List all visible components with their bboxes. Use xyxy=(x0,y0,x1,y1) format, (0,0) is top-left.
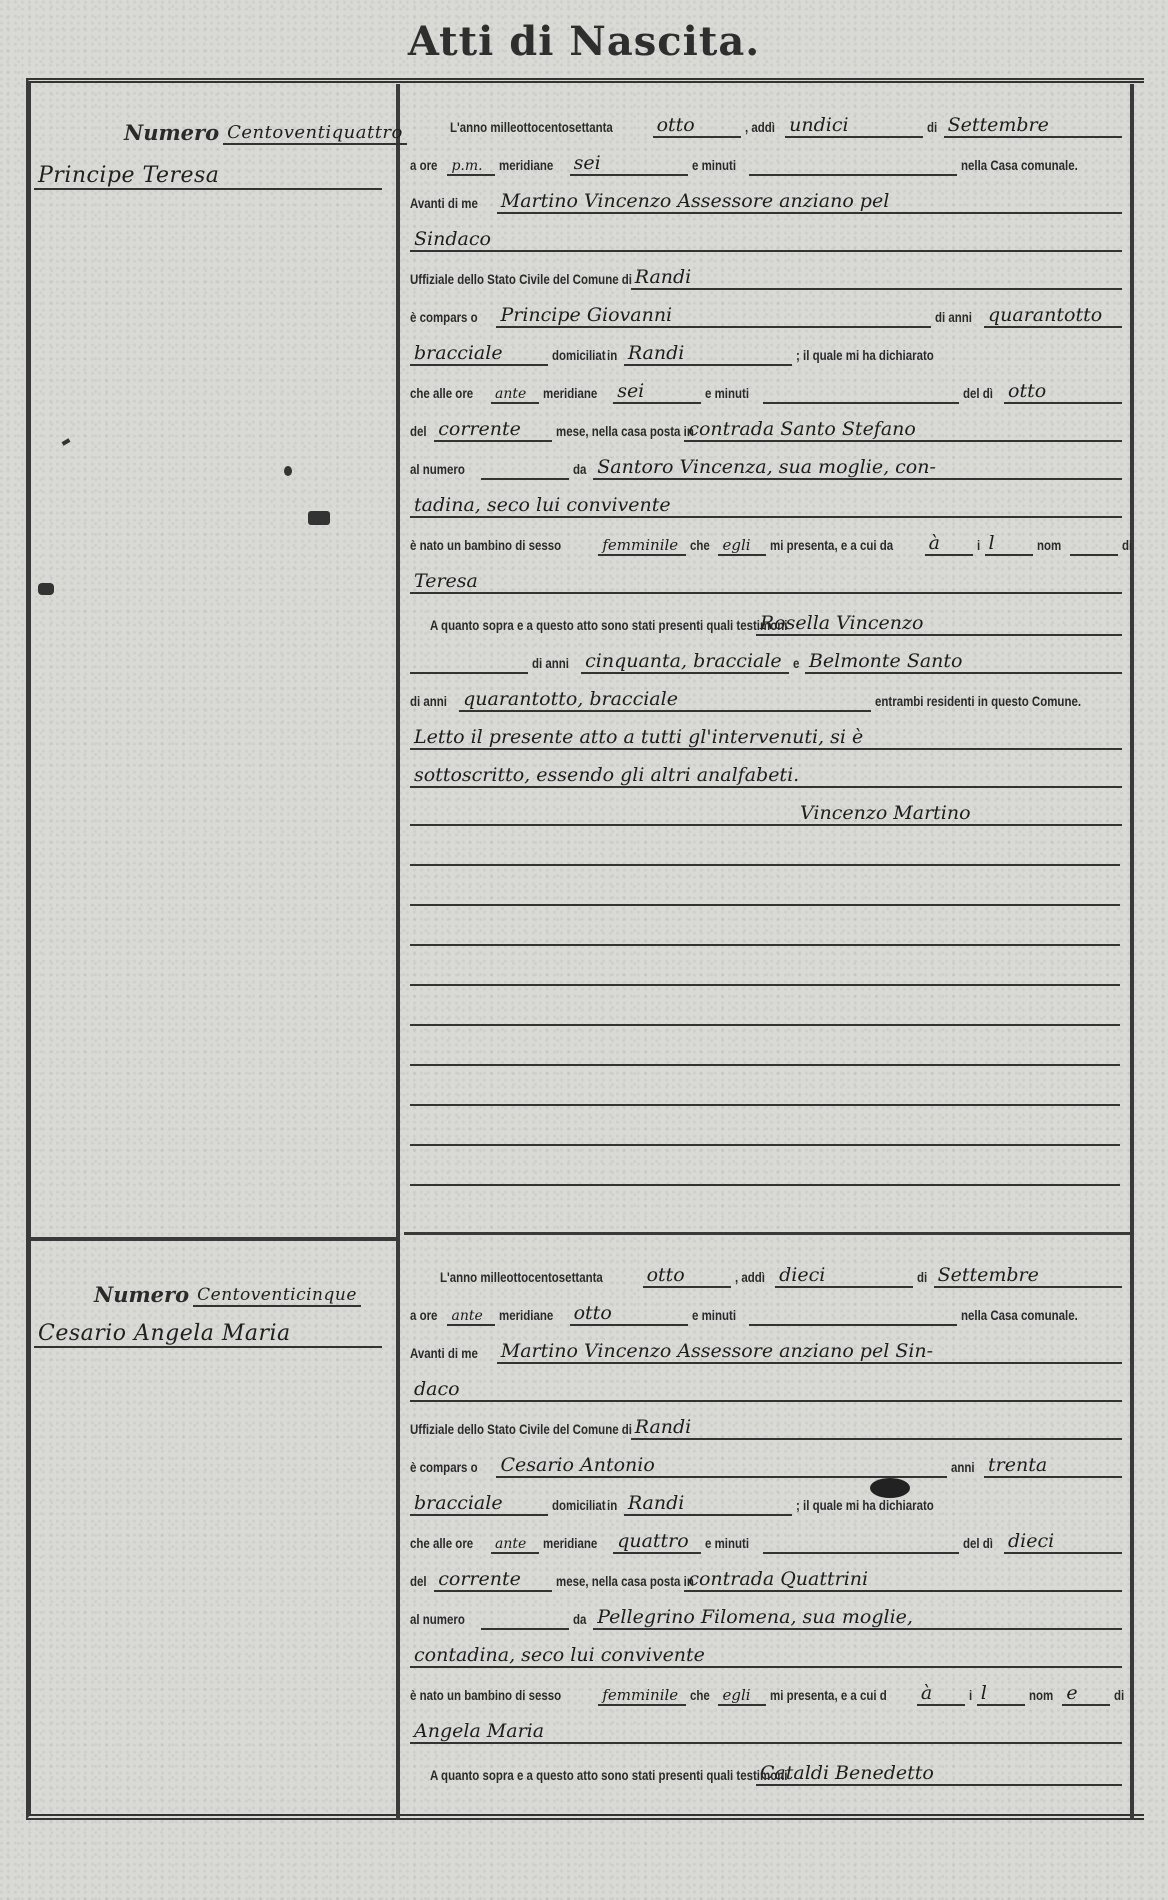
row-birth-hour: che alle ore ante meridiane sei e minuti… xyxy=(410,366,1126,404)
label-comparso: è compars o xyxy=(410,310,478,328)
label-e: e xyxy=(793,656,799,674)
row-sesso: è nato un bambino di sesso femminile che… xyxy=(410,1668,1126,1706)
row-testimoni: A quanto sopra e a questo atto sono stat… xyxy=(410,1744,1126,1786)
row-numero-madre: al numero da Santoro Vincenza, sua mogli… xyxy=(410,442,1126,480)
label-minuti: e minuti xyxy=(692,1308,736,1326)
field-meridian: p.m. xyxy=(447,159,495,176)
field-birth-hour: quattro xyxy=(613,1532,701,1554)
row-ufficiale: Uffiziale dello Stato Civile del Comune … xyxy=(410,252,1126,290)
label-nom: nom xyxy=(1029,1688,1053,1706)
label-il-quale: ; il quale mi ha dichiarato xyxy=(796,348,934,366)
row-nome: Teresa xyxy=(410,556,1126,594)
field-declarant: Cesario Antonio xyxy=(496,1456,947,1478)
row-witness-1-age: di anni cinquanta, bracciale e Belmonte … xyxy=(410,636,1126,674)
label-addi: , addì xyxy=(735,1270,765,1288)
row-witness-2-age: di anni quarantotto, bracciale entrambi … xyxy=(410,674,1126,712)
child-name: Principe Teresa xyxy=(34,163,382,190)
field-day: undici xyxy=(785,116,923,138)
field-day: dieci xyxy=(775,1266,913,1288)
row-avanti-cont: daco xyxy=(410,1364,1126,1402)
row-ufficiale: Uffiziale dello Stato Civile del Comune … xyxy=(410,1402,1126,1440)
label-in: in xyxy=(607,1498,617,1516)
row-madre-cont: tadina, seco lui convivente xyxy=(410,480,1126,518)
child-name: Cesario Angela Maria xyxy=(34,1321,382,1348)
field-mother: Santoro Vincenza, sua moglie, con- xyxy=(593,458,1122,480)
field-i-suffix: l xyxy=(985,534,1033,556)
row-avanti: Avanti di me Martino Vincenzo Assessore … xyxy=(410,1326,1126,1364)
label-in: in xyxy=(607,348,617,366)
blank-line xyxy=(410,1026,1120,1066)
label-che-alle-ore: che alle ore xyxy=(410,1536,473,1554)
field-witness-1: Cataldi Benedetto xyxy=(756,1764,1122,1786)
label-ufficiale: Uffiziale dello Stato Civile del Comune … xyxy=(410,1422,632,1440)
label-testimoni: A quanto sopra e a questo atto sono stat… xyxy=(430,1768,787,1786)
field-officer: Martino Vincenzo Assessore anziano pel S… xyxy=(497,1342,1122,1364)
field-nom-suffix: e xyxy=(1062,1684,1110,1706)
field-year: otto xyxy=(653,116,741,138)
label-casa-comunale: nella Casa comunale. xyxy=(961,158,1078,176)
label-meridiane: meridiane xyxy=(499,1308,553,1326)
blank-line xyxy=(410,826,1120,866)
field-mother-cont: contadina, seco lui convivente xyxy=(410,1646,1122,1668)
field-da-suffix: à xyxy=(925,534,973,556)
field-meridian: ante xyxy=(447,1309,495,1326)
row-comparso: è compars o Principe Giovanni di anni qu… xyxy=(410,290,1126,328)
field-comune: Randi xyxy=(631,268,1122,290)
label-del-di: del dì xyxy=(963,1536,993,1554)
numero-label: Numero xyxy=(94,1282,189,1307)
row-avanti: Avanti di me Martino Vincenzo Assessore … xyxy=(410,176,1126,214)
label-di-2: di xyxy=(1114,1688,1124,1706)
label-che: che xyxy=(690,1688,710,1706)
field-profession: bracciale xyxy=(410,344,548,366)
field-birth-meridian: ante xyxy=(491,387,539,404)
field-mother: Pellegrino Filomena, sua moglie, xyxy=(593,1608,1122,1630)
label-i: i xyxy=(969,1688,972,1706)
field-birth-hour: sei xyxy=(613,382,701,404)
label-mi-presenta: mi presenta, e a cui d xyxy=(770,1688,887,1706)
label-avanti: Avanti di me xyxy=(410,196,478,214)
label-di: di xyxy=(927,120,937,138)
row-madre-cont: contadina, seco lui convivente xyxy=(410,1630,1126,1668)
field-da-suffix: à xyxy=(917,1684,965,1706)
field-officer-cont: Sindaco xyxy=(410,230,1122,252)
record-number: Centoventiquattro xyxy=(223,122,407,145)
row-year: L'anno milleottocentosettanta otto , add… xyxy=(410,1250,1126,1288)
row-avanti-cont: Sindaco xyxy=(410,214,1126,252)
field-sex: femminile xyxy=(598,1688,686,1706)
record-2-margin: Numero Centoventicinque Cesario Angela M… xyxy=(34,1282,394,1348)
label-del-di: del dì xyxy=(963,386,993,404)
label-da: da xyxy=(573,462,586,480)
field-house-location: contrada Santo Stefano xyxy=(684,420,1122,442)
field-presenter: egli xyxy=(718,1688,766,1706)
label-di-anni-t1: di anni xyxy=(532,656,569,674)
field-presenter: egli xyxy=(718,538,766,556)
label-a-ore: a ore xyxy=(410,158,437,176)
row-testimoni: A quanto sopra e a questo atto sono stat… xyxy=(410,594,1126,636)
field-current-month: corrente xyxy=(434,1570,552,1592)
label-minuti: e minuti xyxy=(692,158,736,176)
page-title: Atti di Nascita. xyxy=(0,18,1168,65)
record-2-form: L'anno milleottocentosettanta otto , add… xyxy=(410,1250,1126,1786)
label-del: del xyxy=(410,424,427,442)
closing-text-1: Letto il presente atto a tutti gl'interv… xyxy=(410,728,1122,750)
label-avanti: Avanti di me xyxy=(410,1346,478,1364)
record-1-form: L'anno milleottocentosettanta otto , add… xyxy=(410,100,1126,1186)
blank-line xyxy=(410,946,1120,986)
field-declarant-age: quarantotto xyxy=(984,306,1122,328)
blank-line xyxy=(410,1146,1120,1186)
record-number: Centoventicinque xyxy=(193,1285,361,1307)
row-closing-1: Letto il presente atto a tutti gl'interv… xyxy=(410,712,1126,750)
ink-speck xyxy=(284,466,292,476)
field-declarant: Principe Giovanni xyxy=(496,306,930,328)
ink-speck xyxy=(308,511,330,525)
blank-line xyxy=(410,1106,1120,1146)
label-nato: è nato un bambino di sesso xyxy=(410,538,561,556)
row-comparso: è compars o Cesario Antonio anni trenta xyxy=(410,1440,1126,1478)
label-nato: è nato un bambino di sesso xyxy=(410,1688,561,1706)
label-che-alle-ore: che alle ore xyxy=(410,386,473,404)
row-numero-madre: al numero da Pellegrino Filomena, sua mo… xyxy=(410,1592,1126,1630)
label-al-numero: al numero xyxy=(410,462,465,480)
right-border xyxy=(1130,84,1134,1820)
field-month: Settembre xyxy=(944,116,1122,138)
label-casa-posta: mese, nella casa posta in xyxy=(556,1574,694,1592)
label-ufficiale: Uffiziale dello Stato Civile del Comune … xyxy=(410,272,632,290)
row-signature: Vincenzo Martino xyxy=(410,788,1126,826)
field-month: Settembre xyxy=(934,1266,1122,1288)
field-witness-1: Rosella Vincenzo xyxy=(756,614,1122,636)
label-minuti-2: e minuti xyxy=(705,1536,749,1554)
field-birth-day: otto xyxy=(1004,382,1122,404)
label-da: da xyxy=(573,1612,586,1630)
field-comune: Randi xyxy=(631,1418,1122,1440)
label-anno: L'anno milleottocentosettanta xyxy=(450,120,613,138)
field-i-suffix: l xyxy=(977,1684,1025,1706)
field-hour: sei xyxy=(570,154,688,176)
field-house-location: contrada Quattrini xyxy=(684,1570,1122,1592)
row-casa: del corrente mese, nella casa posta in c… xyxy=(410,404,1126,442)
signature: Vincenzo Martino xyxy=(410,804,1122,826)
label-minuti-2: e minuti xyxy=(705,386,749,404)
label-meridiane: meridiane xyxy=(499,158,553,176)
label-i: i xyxy=(977,538,980,556)
label-casa-comunale: nella Casa comunale. xyxy=(961,1308,1078,1326)
ink-blot xyxy=(870,1478,910,1498)
field-officer: Martino Vincenzo Assessore anziano pel xyxy=(497,192,1122,214)
row-casa: del corrente mese, nella casa posta in c… xyxy=(410,1554,1126,1592)
row-domicilio: bracciale domiciliat in Randi ; il quale… xyxy=(410,328,1126,366)
blank-ruled-lines xyxy=(410,826,1126,1186)
row-hour: a ore p.m. meridiane sei e minuti nella … xyxy=(410,138,1126,176)
row-birth-hour: che alle ore ante meridiane quattro e mi… xyxy=(410,1516,1126,1554)
row-hour: a ore ante meridiane otto e minuti nella… xyxy=(410,1288,1126,1326)
field-mother-cont: tadina, seco lui convivente xyxy=(410,496,1122,518)
closing-text-2: sottoscritto, essendo gli altri analfabe… xyxy=(410,766,1122,788)
label-a-ore: a ore xyxy=(410,1308,437,1326)
label-comparso: è compars o xyxy=(410,1460,478,1478)
field-domicile: Randi xyxy=(624,1494,792,1516)
field-birth-day: dieci xyxy=(1004,1532,1122,1554)
label-domiciliat: domiciliat xyxy=(552,348,606,366)
label-di-anni: anni xyxy=(951,1460,975,1478)
field-given-name: Teresa xyxy=(410,572,1122,594)
label-di-2: di xyxy=(1122,538,1132,556)
record-separator-right xyxy=(404,1232,1130,1235)
field-declarant-age: trenta xyxy=(984,1456,1122,1478)
label-che: che xyxy=(690,538,710,556)
label-anno: L'anno milleottocentosettanta xyxy=(440,1270,603,1288)
field-witness-1-age: cinquanta, bracciale xyxy=(581,652,789,674)
row-closing-2: sottoscritto, essendo gli altri analfabe… xyxy=(410,750,1126,788)
field-domicile: Randi xyxy=(624,344,792,366)
label-testimoni: A quanto sopra e a questo atto sono stat… xyxy=(430,618,787,636)
field-year: otto xyxy=(643,1266,731,1288)
field-birth-meridian: ante xyxy=(491,1537,539,1554)
label-di-anni: di anni xyxy=(935,310,972,328)
label-di-anni-t2: di anni xyxy=(410,694,447,712)
field-sex: femminile xyxy=(598,538,686,556)
row-nome: Angela Maria xyxy=(410,1706,1126,1744)
label-addi: , addì xyxy=(745,120,775,138)
field-officer-cont: daco xyxy=(410,1380,1122,1402)
record-1-margin: Numero Centoventiquattro Principe Teresa xyxy=(34,120,394,190)
field-given-name: Angela Maria xyxy=(410,1722,1122,1744)
numero-label: Numero xyxy=(124,120,219,145)
label-del: del xyxy=(410,1574,427,1592)
row-sesso: è nato un bambino di sesso femminile che… xyxy=(410,518,1126,556)
label-il-quale: ; il quale mi ha dichiarato xyxy=(796,1498,934,1516)
label-di: di xyxy=(917,1270,927,1288)
field-hour: otto xyxy=(570,1304,688,1326)
label-nom: nom xyxy=(1037,538,1061,556)
label-casa-posta: mese, nella casa posta in xyxy=(556,424,694,442)
field-current-month: corrente xyxy=(434,420,552,442)
label-domiciliat: domiciliat xyxy=(552,1498,606,1516)
row-year: L'anno milleottocentosettanta otto , add… xyxy=(410,100,1126,138)
label-meridiane-2: meridiane xyxy=(543,386,597,404)
row-domicilio: bracciale domiciliat in Randi ; il quale… xyxy=(410,1478,1126,1516)
field-witness-2-age: quarantotto, bracciale xyxy=(459,690,871,712)
field-profession: bracciale xyxy=(410,1494,548,1516)
field-witness-2: Belmonte Santo xyxy=(805,652,1122,674)
blank-line xyxy=(410,986,1120,1026)
blank-line xyxy=(410,906,1120,946)
record-separator-left xyxy=(30,1237,396,1241)
blank-line xyxy=(410,866,1120,906)
label-mi-presenta: mi presenta, e a cui da xyxy=(770,538,893,556)
column-divider xyxy=(396,84,400,1820)
label-entrambi: entrambi residenti in questo Comune. xyxy=(875,694,1081,712)
ink-speck xyxy=(38,583,54,595)
label-meridiane-2: meridiane xyxy=(543,1536,597,1554)
blank-line xyxy=(410,1066,1120,1106)
label-al-numero: al numero xyxy=(410,1612,465,1630)
